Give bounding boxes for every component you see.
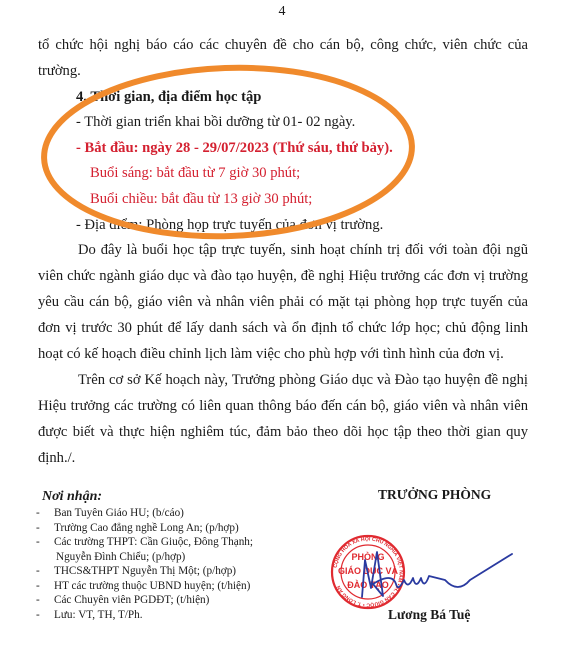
svg-text:ĐÀO TẠO: ĐÀO TẠO (347, 580, 389, 590)
recipient-item: -Các trường THPT: Cần Giuộc, Đông Thạnh; (36, 535, 253, 550)
para1-line-1: Do đây là buổi học tập trực tuyến, sinh … (78, 241, 528, 259)
recipient-item: -THCS&THPT Nguyễn Thị Một; (p/hợp) (36, 564, 253, 579)
signer-name: Lương Bá Tuệ (388, 607, 470, 623)
recipient-item: -Các Chuyên viên PGDĐT; (t/hiện) (36, 593, 253, 608)
morning-schedule: Buổi sáng: bắt đầu từ 7 giờ 30 phút; (90, 164, 300, 182)
handwritten-signature (362, 552, 512, 597)
section-heading: 4. Thời gian, địa điểm học tập (76, 88, 261, 106)
para1-line-4: đơn vị trước 30 phút để lấy danh sách và… (38, 319, 528, 337)
para1-line-5: hoạt có kế hoạch điều chỉnh lịch làm việ… (38, 345, 504, 363)
page-number: 4 (0, 4, 564, 20)
signer-title: TRƯỞNG PHÒNG (378, 487, 491, 503)
svg-text:CỘNG HÒA XÃ HỘI CHỦ NGHĨA VIỆT: CỘNG HÒA XÃ HỘI CHỦ NGHĨA VIỆT NAM • H. … (332, 534, 405, 609)
recipients-list: -Ban Tuyên Giáo HU; (b/cáo) -Trường Cao … (36, 506, 253, 622)
recipient-item: -HT các trường thuộc UBND huyện; (t/hiện… (36, 579, 253, 594)
para2-line-3: được biết và thực hiện nghiêm túc, đảm b… (38, 423, 528, 441)
location-line: - Địa điểm: Phòng họp trực tuyến của đơn… (76, 216, 383, 234)
para1-line-3: yêu cầu cán bộ, giáo viên và nhân viên p… (38, 293, 528, 311)
recipient-item-continued: Nguyễn Đình Chiểu; (p/hợp) (36, 550, 253, 565)
official-stamp: CỘNG HÒA XÃ HỘI CHỦ NGHĨA VIỆT NAM • H. … (332, 534, 405, 609)
para1-line-2: viên chức ngành giáo dục và đào tạo huyệ… (38, 267, 528, 285)
para2-line-4: định./. (38, 449, 75, 467)
para2-line-2: Hiệu trưởng các trường có liên quan thôn… (38, 397, 528, 415)
recipient-item: -Trường Cao đẳng nghề Long An; (p/hợp) (36, 521, 253, 536)
duration-line: - Thời gian triển khai bồi dưỡng từ 01- … (76, 113, 355, 131)
intro-line-2: trường. (38, 62, 81, 80)
para2-line-1: Trên cơ sở Kế hoạch này, Trưởng phòng Gi… (78, 371, 528, 389)
svg-text:GIÁO DỤC VÀ: GIÁO DỤC VÀ (338, 566, 399, 576)
recipient-item: -Lưu: VT, TH, T/Ph. (36, 608, 253, 623)
recipients-title: Nơi nhận: (42, 489, 102, 505)
recipient-item: -Ban Tuyên Giáo HU; (b/cáo) (36, 506, 253, 521)
afternoon-schedule: Buổi chiều: bắt đầu từ 13 giờ 30 phút; (90, 190, 312, 208)
intro-line-1: tổ chức hội nghị báo cáo các chuyên đề c… (38, 36, 528, 54)
svg-text:PHÒNG: PHÒNG (351, 551, 384, 562)
start-date-line: - Bắt đầu: ngày 28 - 29/07/2023 (Thứ sáu… (76, 139, 393, 157)
